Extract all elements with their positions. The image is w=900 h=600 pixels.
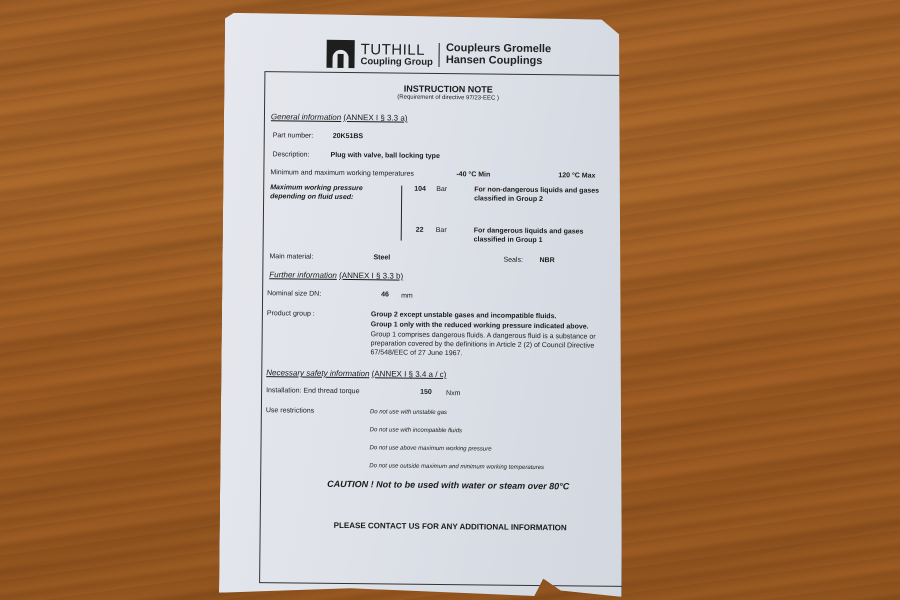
restriction-2: Do not use with incompatible fluids	[370, 427, 462, 434]
description-value: Plug with valve, ball locking type	[331, 152, 440, 160]
contact-text: PLEASE CONTACT US FOR ANY ADDITIONAL INF…	[334, 521, 567, 532]
restriction-1: Do not use with unstable gas	[370, 409, 447, 416]
group-line-3: Group 1 comprises dangerous fluids. A da…	[371, 331, 596, 340]
pressure-unit-2: Bar	[436, 227, 447, 234]
torque-unit: Nxm	[446, 390, 460, 397]
material-value: Steel	[373, 254, 390, 261]
further-annex: (ANNEX I § 3.3 b)	[339, 271, 403, 281]
pressure-desc-1b: classified in Group 2	[474, 195, 543, 203]
further-heading-text: Further information	[269, 270, 337, 280]
group-line-2: Group 1 only with the reduced working pr…	[371, 321, 589, 330]
brand-line-2: Hansen Couplings	[446, 55, 551, 68]
restriction-4: Do not use outside maximum and minimum w…	[369, 463, 544, 471]
brand-lines: Coupleurs Gromelle Hansen Couplings	[446, 43, 551, 67]
group-label: Product group :	[267, 310, 315, 318]
pressure-desc-2a: For dangerous liquids and gases	[474, 227, 584, 235]
size-value: 46	[381, 291, 389, 298]
group-line-5: 67/548/EEC of 27 June 1967.	[370, 349, 462, 357]
header-divider	[439, 43, 440, 67]
group-line-1: Group 2 except unstable gases and incomp…	[371, 311, 557, 320]
part-number-label: Part number:	[273, 132, 314, 139]
instruction-note-paper: TUTHILL Coupling Group Coupleurs Gromell…	[219, 13, 663, 598]
letterhead: TUTHILL Coupling Group Coupleurs Gromell…	[326, 40, 551, 70]
tuthill-logo-icon	[326, 40, 354, 68]
general-heading-text: General information	[271, 112, 341, 122]
safety-heading: Necessary safety information (ANNEX I § …	[266, 368, 446, 379]
restrictions-label: Use restrictions	[266, 407, 314, 415]
document-frame: INSTRUCTION NOTE (Requirement of directi…	[259, 71, 632, 587]
pressure-label-1: Maximum working pressure	[270, 184, 363, 192]
pressure-value-1: 104	[414, 186, 426, 193]
restriction-3: Do not use above maximum working pressur…	[369, 445, 491, 452]
pressure-desc-1a: For non-dangerous liquids and gases	[474, 186, 599, 194]
part-number-value: 20K51BS	[333, 133, 363, 140]
general-heading: General information (ANNEX I § 3.3 a)	[271, 112, 408, 122]
group-line-4: preparation covered by the definitions i…	[371, 340, 595, 349]
further-heading: Further information (ANNEX I § 3.3 b)	[269, 270, 403, 280]
torque-value: 150	[420, 389, 432, 396]
pressure-desc-2b: classified in Group 1	[474, 236, 543, 244]
temperature-label: Minimum and maximum working temperatures	[270, 169, 414, 178]
temperature-max: 120 °C Max	[558, 172, 595, 179]
caution-text: CAUTION ! Not to be used with water or s…	[327, 479, 569, 492]
size-label: Nominal size DN:	[267, 290, 321, 298]
pressure-unit-1: Bar	[436, 186, 447, 193]
description-label: Description:	[273, 151, 310, 158]
material-label: Main material:	[269, 253, 313, 260]
general-annex: (ANNEX I § 3.3 a)	[343, 113, 407, 123]
torque-label: Installation: End thread torque	[266, 387, 359, 395]
brand-block: TUTHILL Coupling Group	[360, 42, 433, 67]
seals-label: Seals:	[503, 257, 523, 264]
pressure-label-2: depending on fluid used:	[270, 193, 353, 201]
safety-annex: (ANNEX I § 3.4 a / c)	[372, 369, 447, 379]
pressure-value-2: 22	[416, 227, 424, 234]
brand-sub: Coupling Group	[360, 57, 432, 67]
safety-heading-text: Necessary safety information	[266, 368, 369, 378]
seals-value: NBR	[539, 257, 554, 264]
pressure-divider	[401, 186, 403, 241]
temperature-min: -40 °C Min	[456, 171, 490, 178]
size-unit: mm	[401, 293, 413, 300]
